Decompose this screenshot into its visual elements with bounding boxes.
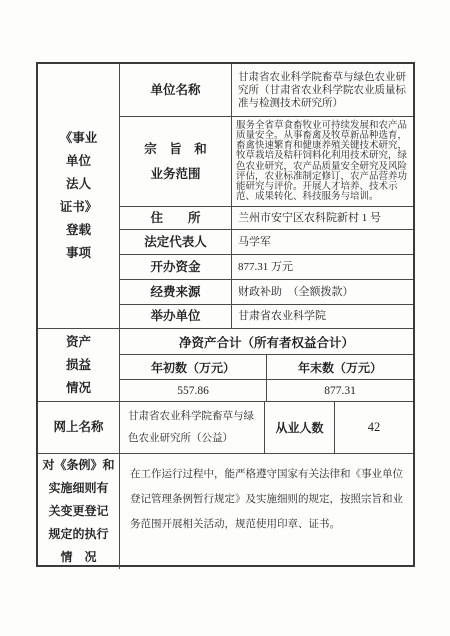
row-opening-funds: 开办资金 877.31 万元 (120, 255, 413, 280)
address-value: 兰州市安宁区农科院新村 1 号 (232, 207, 413, 229)
registration-form-table: 《事业 单位 法人 证书》 登载 事项 单位名称 甘肃省农业科学院畜草与绿色农业… (36, 62, 415, 567)
year-end-value: 877.31 (267, 380, 413, 401)
opening-funds-value: 877.31 万元 (232, 255, 413, 279)
assets-side-label: 资产 损益 情况 (38, 329, 120, 401)
row-purpose-scope: 宗 旨 和 业务范围 服务全省草食畜牧业可持续发展和农产品质量安全。从事畜禽及牧… (120, 117, 413, 207)
row-unit-name: 单位名称 甘肃省农业科学院畜草与绿色农业研究所（甘肃省农业科学院农业质量标准与检… (120, 64, 413, 117)
row-sponsor-unit: 举办单位 甘肃省农业科学院 (120, 305, 413, 328)
funding-source-value: 财政补助 （全额拨款） (232, 280, 413, 304)
compliance-side-label: 对《条例》和 实施细则有 关变更登记 规定的执行 情 况 (38, 454, 120, 569)
address-label: 住 所 (120, 207, 232, 229)
certificate-items-side-label: 《事业 单位 法人 证书》 登载 事项 (38, 64, 120, 328)
section-certificate-items: 《事业 单位 法人 证书》 登载 事项 单位名称 甘肃省农业科学院畜草与绿色农业… (38, 64, 413, 329)
online-name-label: 网上名称 (38, 402, 120, 453)
legal-representative-value: 马学军 (232, 230, 413, 254)
staff-count-value: 42 (335, 402, 413, 453)
row-funding-source: 经费来源 财政补助 （全额拨款） (120, 280, 413, 305)
scanned-document-page: 《事业 单位 法人 证书》 登载 事项 单位名称 甘肃省农业科学院畜草与绿色农业… (0, 0, 450, 636)
section-assets: 资产 损益 情况 净资产合计（所有者权益合计） 年初数（万元） 年末数（万元） … (38, 329, 413, 402)
year-end-label: 年末数（万元） (267, 355, 413, 379)
row-legal-representative: 法定代表人 马学军 (120, 230, 413, 255)
compliance-statement: 在工作运行过程中，能严格遵守国家有关法律和《事业单位登记管理条例暂行规定》及实施… (120, 454, 413, 569)
legal-representative-label: 法定代表人 (120, 230, 232, 254)
assets-values: 557.86 877.31 (120, 380, 413, 401)
certificate-rows: 单位名称 甘肃省农业科学院畜草与绿色农业研究所（甘肃省农业科学院农业质量标准与检… (120, 64, 413, 328)
sponsor-unit-label: 举办单位 (120, 305, 232, 328)
purpose-scope-value: 服务全省草食畜牧业可持续发展和农产品质量安全。从事畜禽及牧草新品种选育，畜禽快速… (232, 117, 413, 206)
assets-rows: 净资产合计（所有者权益合计） 年初数（万元） 年末数（万元） 557.86 87… (120, 329, 413, 401)
unit-name-value: 甘肃省农业科学院畜草与绿色农业研究所（甘肃省农业科学院农业质量标准与检测技术研究… (232, 64, 413, 116)
opening-funds-label: 开办资金 (120, 255, 232, 279)
section-online-name: 网上名称 甘肃省农业科学院畜草与绿色农业研究所（公益） 从业人数 42 (38, 402, 413, 454)
purpose-scope-label: 宗 旨 和 业务范围 (120, 117, 232, 206)
unit-name-label: 单位名称 (120, 64, 232, 116)
section-compliance: 对《条例》和 实施细则有 关变更登记 规定的执行 情 况 在工作运行过程中，能严… (38, 454, 413, 569)
funding-source-label: 经费来源 (120, 280, 232, 304)
year-start-value: 557.86 (120, 380, 267, 401)
assets-column-labels: 年初数（万元） 年末数（万元） (120, 355, 413, 380)
row-address: 住 所 兰州市安宁区农科院新村 1 号 (120, 207, 413, 230)
sponsor-unit-value: 甘肃省农业科学院 (232, 305, 413, 328)
online-name-value: 甘肃省农业科学院畜草与绿色农业研究所（公益） (120, 402, 265, 453)
year-start-label: 年初数（万元） (120, 355, 267, 379)
staff-count-label: 从业人数 (265, 402, 335, 453)
net-assets-header: 净资产合计（所有者权益合计） (120, 329, 413, 355)
